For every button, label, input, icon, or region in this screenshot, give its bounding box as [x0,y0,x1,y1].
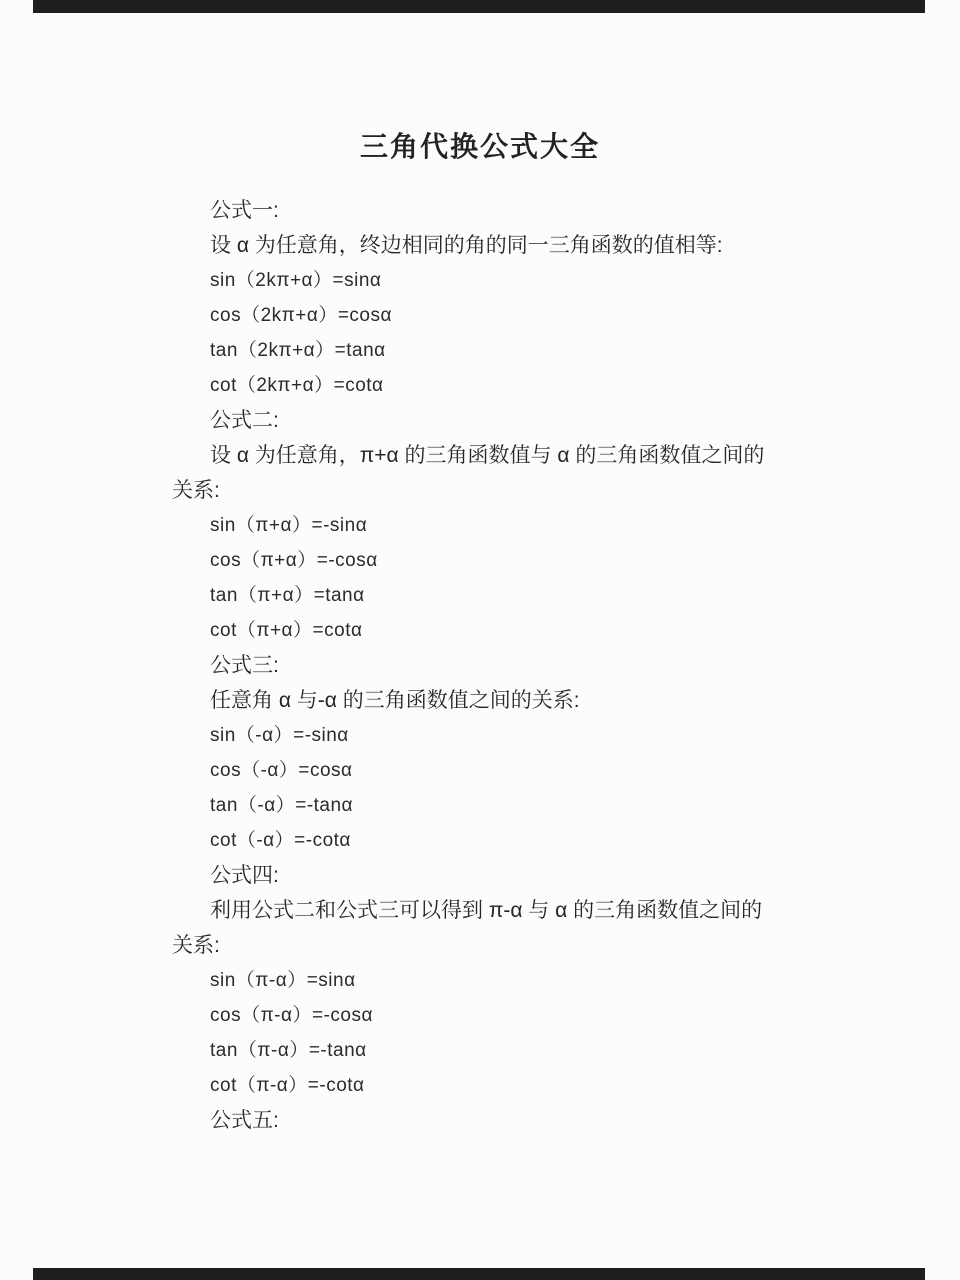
document-content: 三角代换公式大全 公式一: 设 α 为任意角，终边相同的角的同一三角函数的值相等… [0,13,960,1138]
formula-3-description: 任意角 α 与-α 的三角函数值之间的关系: [172,683,840,718]
section-heading-formula-4: 公式四: [172,858,840,893]
formula-1-description: 设 α 为任意角，终边相同的角的同一三角函数的值相等: [172,228,840,263]
formula-line: cot（-α）=-cotα [172,823,840,858]
section-heading-formula-2: 公式二: [172,403,840,438]
formula-line: sin（π-α）=sinα [172,963,840,998]
formula-line: tan（-α）=-tanα [172,788,840,823]
formula-line: cot（π+α）=cotα [172,613,840,648]
formula-line: cos（π-α）=-cosα [172,998,840,1033]
letterbox-top-bar [33,0,925,13]
formula-line: sin（π+α）=-sinα [172,508,840,543]
formula-line: tan（2kπ+α）=tanα [172,333,840,368]
formula-line: cos（-α）=cosα [172,753,840,788]
formula-2-description: 设 α 为任意角，π+α 的三角函数值与 α 的三角函数值之间的 [172,438,840,473]
formula-line: cos（π+α）=-cosα [172,543,840,578]
formula-line: cot（2kπ+α）=cotα [172,368,840,403]
formula-4-description-wrap: 关系: [172,928,840,963]
document-body: 公式一: 设 α 为任意角，终边相同的角的同一三角函数的值相等: sin（2kπ… [0,193,960,1138]
page-title: 三角代换公式大全 [0,125,960,165]
section-heading-formula-3: 公式三: [172,648,840,683]
letterbox-bottom-bar [33,1268,925,1280]
formula-line: sin（-α）=-sinα [172,718,840,753]
formula-line: cos（2kπ+α）=cosα [172,298,840,333]
formula-4-description: 利用公式二和公式三可以得到 π-α 与 α 的三角函数值之间的 [172,893,840,928]
formula-2-description-wrap: 关系: [172,473,840,508]
section-heading-formula-1: 公式一: [172,193,840,228]
formula-line: sin（2kπ+α）=sinα [172,263,840,298]
formula-line: tan（π+α）=tanα [172,578,840,613]
formula-line: tan（π-α）=-tanα [172,1033,840,1068]
formula-line: cot（π-α）=-cotα [172,1068,840,1103]
section-heading-formula-5: 公式五: [172,1103,840,1138]
document-page: 三角代换公式大全 公式一: 设 α 为任意角，终边相同的角的同一三角函数的值相等… [0,0,960,1280]
